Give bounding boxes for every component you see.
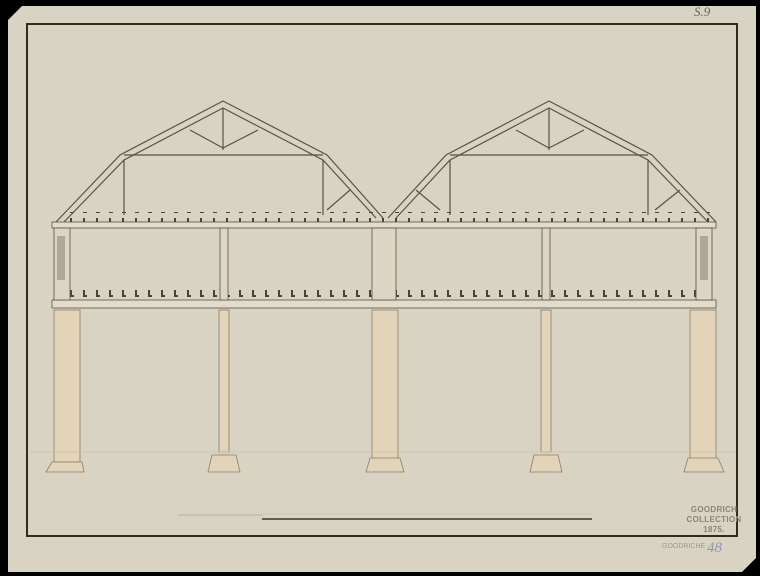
columns: [46, 310, 724, 472]
right-roof: [388, 101, 716, 222]
inventory-number: 48: [707, 540, 722, 557]
sheet-number: S.9: [694, 4, 710, 20]
building-section-drawing: [0, 0, 760, 576]
upper-floor-beam: [52, 222, 716, 228]
stamp-line-2: COLLECTION: [682, 515, 746, 525]
lower-floor-beam: [52, 300, 716, 308]
scale-bar: [178, 514, 592, 519]
stamp-line-3: 1875.: [682, 525, 746, 535]
left-roof: [56, 101, 383, 222]
stamp-line-1: GOODRICH: [682, 505, 746, 515]
collection-stamp: GOODRICH COLLECTION 1875.: [682, 505, 746, 535]
secondary-stamp: GOODRICHE: [662, 543, 705, 550]
